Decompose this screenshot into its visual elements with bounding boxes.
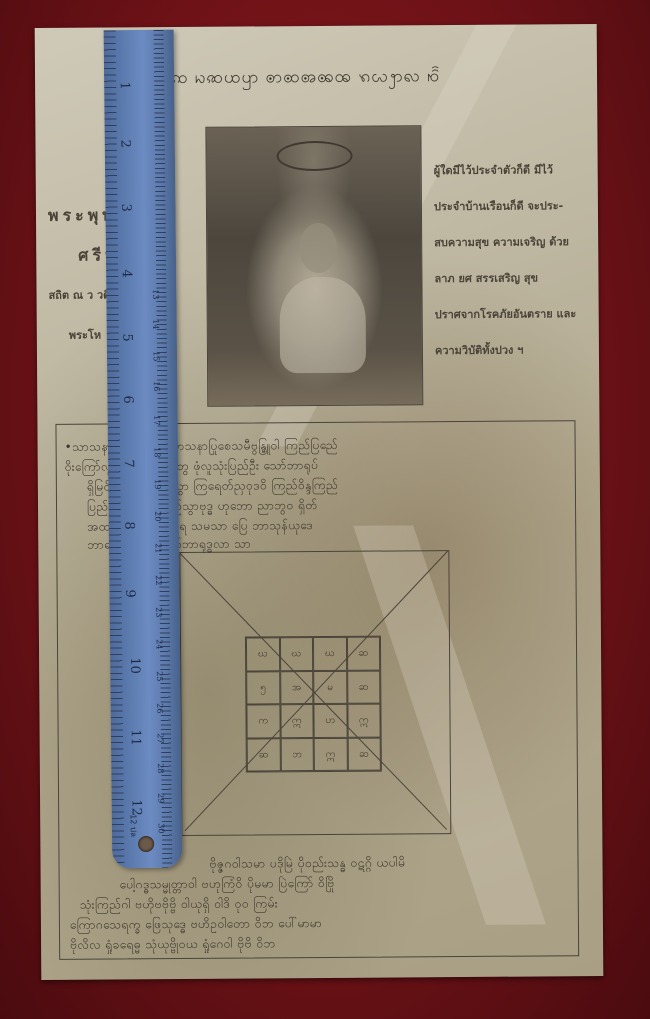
- ruler-label: 11: [128, 729, 143, 746]
- ruler-label: 15: [152, 351, 161, 361]
- grid-cell: ဃ: [313, 637, 347, 671]
- buddha-photo: [205, 125, 423, 407]
- grid-cell: ဃ: [279, 637, 313, 671]
- ruler-label: 20: [153, 511, 162, 521]
- ruler-label: 7: [121, 459, 136, 467]
- grid-cell: ဣ: [280, 704, 314, 738]
- ruler-label: 29: [156, 793, 165, 803]
- ruler-label: 16: [152, 381, 161, 391]
- grid-cell: ဆ: [347, 737, 381, 771]
- ruler-label: 24: [155, 639, 164, 649]
- ruler-label: 9: [122, 589, 137, 597]
- grid-cell: ဃ: [246, 637, 280, 671]
- magic-square-grid: ဃ ဃ ဃ ဆ ၅ အ မ ဆ က ဣ ဟ ဣ ဆ ဘ ဣ ဆ: [245, 636, 382, 773]
- ruler-label: 10: [127, 657, 142, 674]
- ruler-label: 2: [117, 139, 132, 147]
- yantra-text-row: သုံးကြည်ဂါ ဗဟိုဗဗိုဗ္ဗိ ဝါယုရှိ ဝါဒိ ဝုဝ…: [80, 893, 570, 914]
- ruler-label: 23: [154, 607, 163, 617]
- ruler-label: 27: [156, 733, 165, 743]
- thai-right-line: ความวิบัติทั้งปวง ฯ: [435, 332, 577, 369]
- ruler-label: 19: [153, 479, 162, 489]
- grid-cell: ဣ: [347, 704, 381, 738]
- thai-right-line: สบความสุข ความเจริญ ด้วย: [434, 224, 576, 261]
- grid-cell: ဆ: [346, 637, 380, 671]
- ruler-label: 14: [151, 319, 160, 329]
- buddha-body: [279, 277, 366, 374]
- steel-ruler: 1 2 3 4 5 6 7 8 9 10 11 12 13 14 15 16 1…: [104, 30, 183, 869]
- ruler-label: 30: [157, 823, 166, 833]
- yantra-text-row: ဗိုဇ္ဇဂဝါသမာ ပဒိုမြဲ ပိုဝည်းသန္ဓ ဝဋဂ္ဂိ …: [209, 853, 569, 874]
- yantra-text-row: ကြောဂသေရက္ခ ဖြေသုဒ္ဓေ ဗဟိဥဝါတော ဝိဘ ပေါ်…: [70, 913, 570, 934]
- ruler-label: 21: [154, 543, 163, 553]
- ruler-label: 6: [120, 395, 135, 403]
- grid-cell: ဆ: [347, 670, 381, 704]
- thai-right-line: ผู้ใดมีไว้ประจำตัวก็ดี มีไว้: [434, 152, 576, 189]
- thai-right-line: ปราศจากโรคภัยอันตราย และ: [435, 296, 577, 333]
- grid-cell: မ: [313, 670, 347, 704]
- thai-right-text: ผู้ใดมีไว้ประจำตัวก็ดี มีไว้ ประจำบ้านเร…: [434, 152, 577, 369]
- grid-cell: ဆ: [247, 738, 281, 772]
- ruler-label: 18: [153, 447, 162, 457]
- title-script: ꩡ ꩢꩣꩤꩥ ꩦꩧꩨꩩꩪ ꩫꩬꩭꩮ ꩯꩰ: [171, 65, 501, 101]
- ruler-label: 5: [119, 333, 134, 341]
- grid-cell: ဣ: [314, 737, 348, 771]
- ruler-hang-hole: [138, 836, 154, 852]
- grid-cell: ၅: [246, 671, 280, 705]
- ruler-label: 4: [119, 269, 134, 277]
- halo-shape: [276, 141, 352, 172]
- grid-cell: အ: [280, 671, 314, 705]
- ruler-label: 26: [155, 703, 164, 713]
- ruler-label: 17: [152, 415, 161, 425]
- inner-square: ဃ ဃ ဃ ဆ ၅ အ မ ဆ က ဣ ဟ ဣ ဆ ဘ ဣ ဆ: [179, 550, 451, 836]
- yantra-text-row: ဗိုလိလ ရှုံခရေဓ္မ သုံယုဗ္ဗိုဝယ ရှုံဂေဝါ …: [70, 933, 570, 954]
- buddha-head: [299, 223, 337, 273]
- yantra-text-row: ပေါ့ဂဒ္ဓသမ္မုတ္တာဝါ ဗဟုကြံဝိ ပိုမမာ ပြဲက…: [120, 873, 570, 894]
- thai-right-line: ลาภ ยศ สรรเสริญ สุข: [434, 260, 576, 297]
- ruler-label: 28: [156, 763, 165, 773]
- grid-cell: က: [246, 704, 280, 738]
- grid-cell: ဟ: [313, 704, 347, 738]
- grid-cell: ဘ: [280, 738, 314, 772]
- ruler-label: 22: [154, 575, 163, 585]
- ruler-label: 25: [155, 671, 164, 681]
- ruler-label: 13: [151, 289, 160, 299]
- ruler-label: 3: [118, 203, 133, 211]
- ruler-label: 8: [121, 521, 136, 529]
- ruler-brand: 12 ปล: [127, 814, 140, 837]
- thai-right-line: ประจำบ้านเรือนก็ดี จะประ-: [434, 188, 576, 225]
- ruler-label: 1: [117, 81, 132, 89]
